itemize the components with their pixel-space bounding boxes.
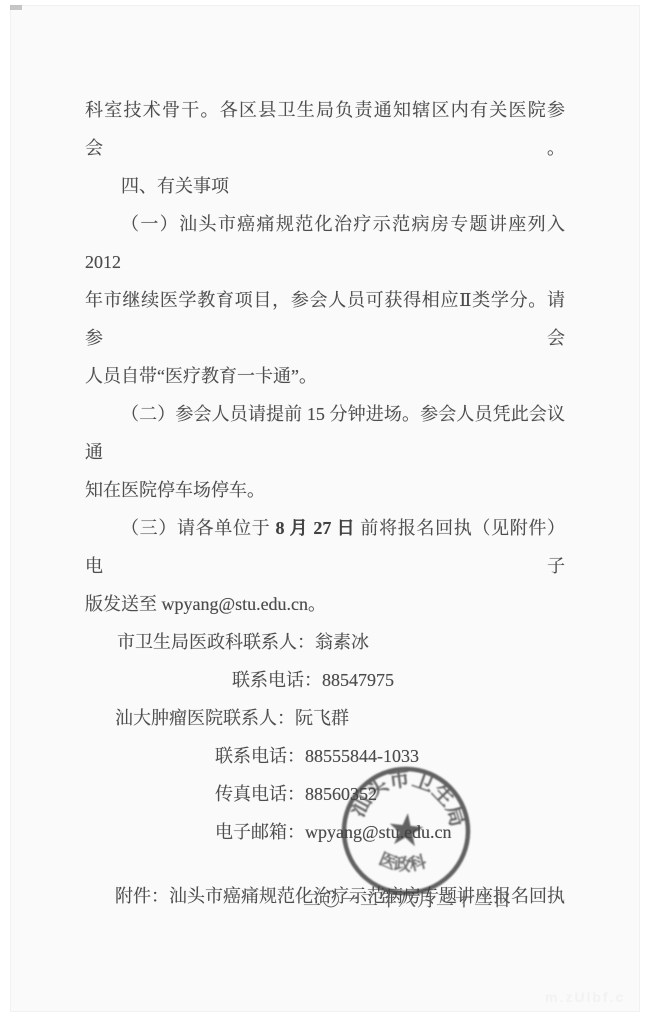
site-watermark: m.zUIbf.c bbox=[545, 989, 625, 1005]
scanned-document-page: 科室技术骨干。各区县卫生局负责通知辖区内有关医院参会。 四、有关事项 （一）汕头… bbox=[10, 5, 640, 1012]
official-seal: 汕头市卫生局 ★ 医政科 bbox=[329, 751, 483, 911]
bureau-contact: 市卫生局医政科联系人：翁素冰 bbox=[117, 623, 565, 661]
scan-edge-artifact bbox=[10, 5, 22, 10]
item-3-line-1: （三）请各单位于 8 月 27 日 前将报名回执（见附件）电子 bbox=[85, 509, 565, 585]
item-3-line-2: 版发送至 wpyang@stu.edu.cn。 bbox=[85, 585, 565, 623]
document-body: 科室技术骨干。各区县卫生局负责通知辖区内有关医院参会。 四、有关事项 （一）汕头… bbox=[85, 91, 565, 915]
hospital-contact: 汕大肿瘤医院联系人：阮飞群 bbox=[115, 699, 565, 737]
item-1-line-1: （一）汕头市癌痛规范化治疗示范病房专题讲座列入 2012 bbox=[85, 205, 565, 281]
body-line: 科室技术骨干。各区县卫生局负责通知辖区内有关医院参会。 bbox=[85, 91, 565, 167]
item-1-line-3: 人员自带“医疗教育一卡通”。 bbox=[85, 357, 565, 395]
item-2-line-2: 知在医院停车场停车。 bbox=[85, 471, 565, 509]
item-2-line-1: （二）参会人员请提前 15 分钟进场。参会人员凭此会议通 bbox=[85, 395, 565, 471]
seal-graphic: 汕头市卫生局 ★ 医政科 bbox=[329, 751, 483, 911]
item-1-line-2: 年市继续医学教育项目，参会人员可获得相应Ⅱ类学分。请参会 bbox=[85, 281, 565, 357]
bureau-phone: 联系电话：88547975 bbox=[232, 661, 565, 699]
section-heading: 四、有关事项 bbox=[85, 167, 565, 205]
star-icon: ★ bbox=[384, 804, 428, 857]
deadline-date: 8 月 27 日 bbox=[275, 518, 355, 538]
item-3-prefix: （三）请各单位于 bbox=[121, 518, 275, 538]
